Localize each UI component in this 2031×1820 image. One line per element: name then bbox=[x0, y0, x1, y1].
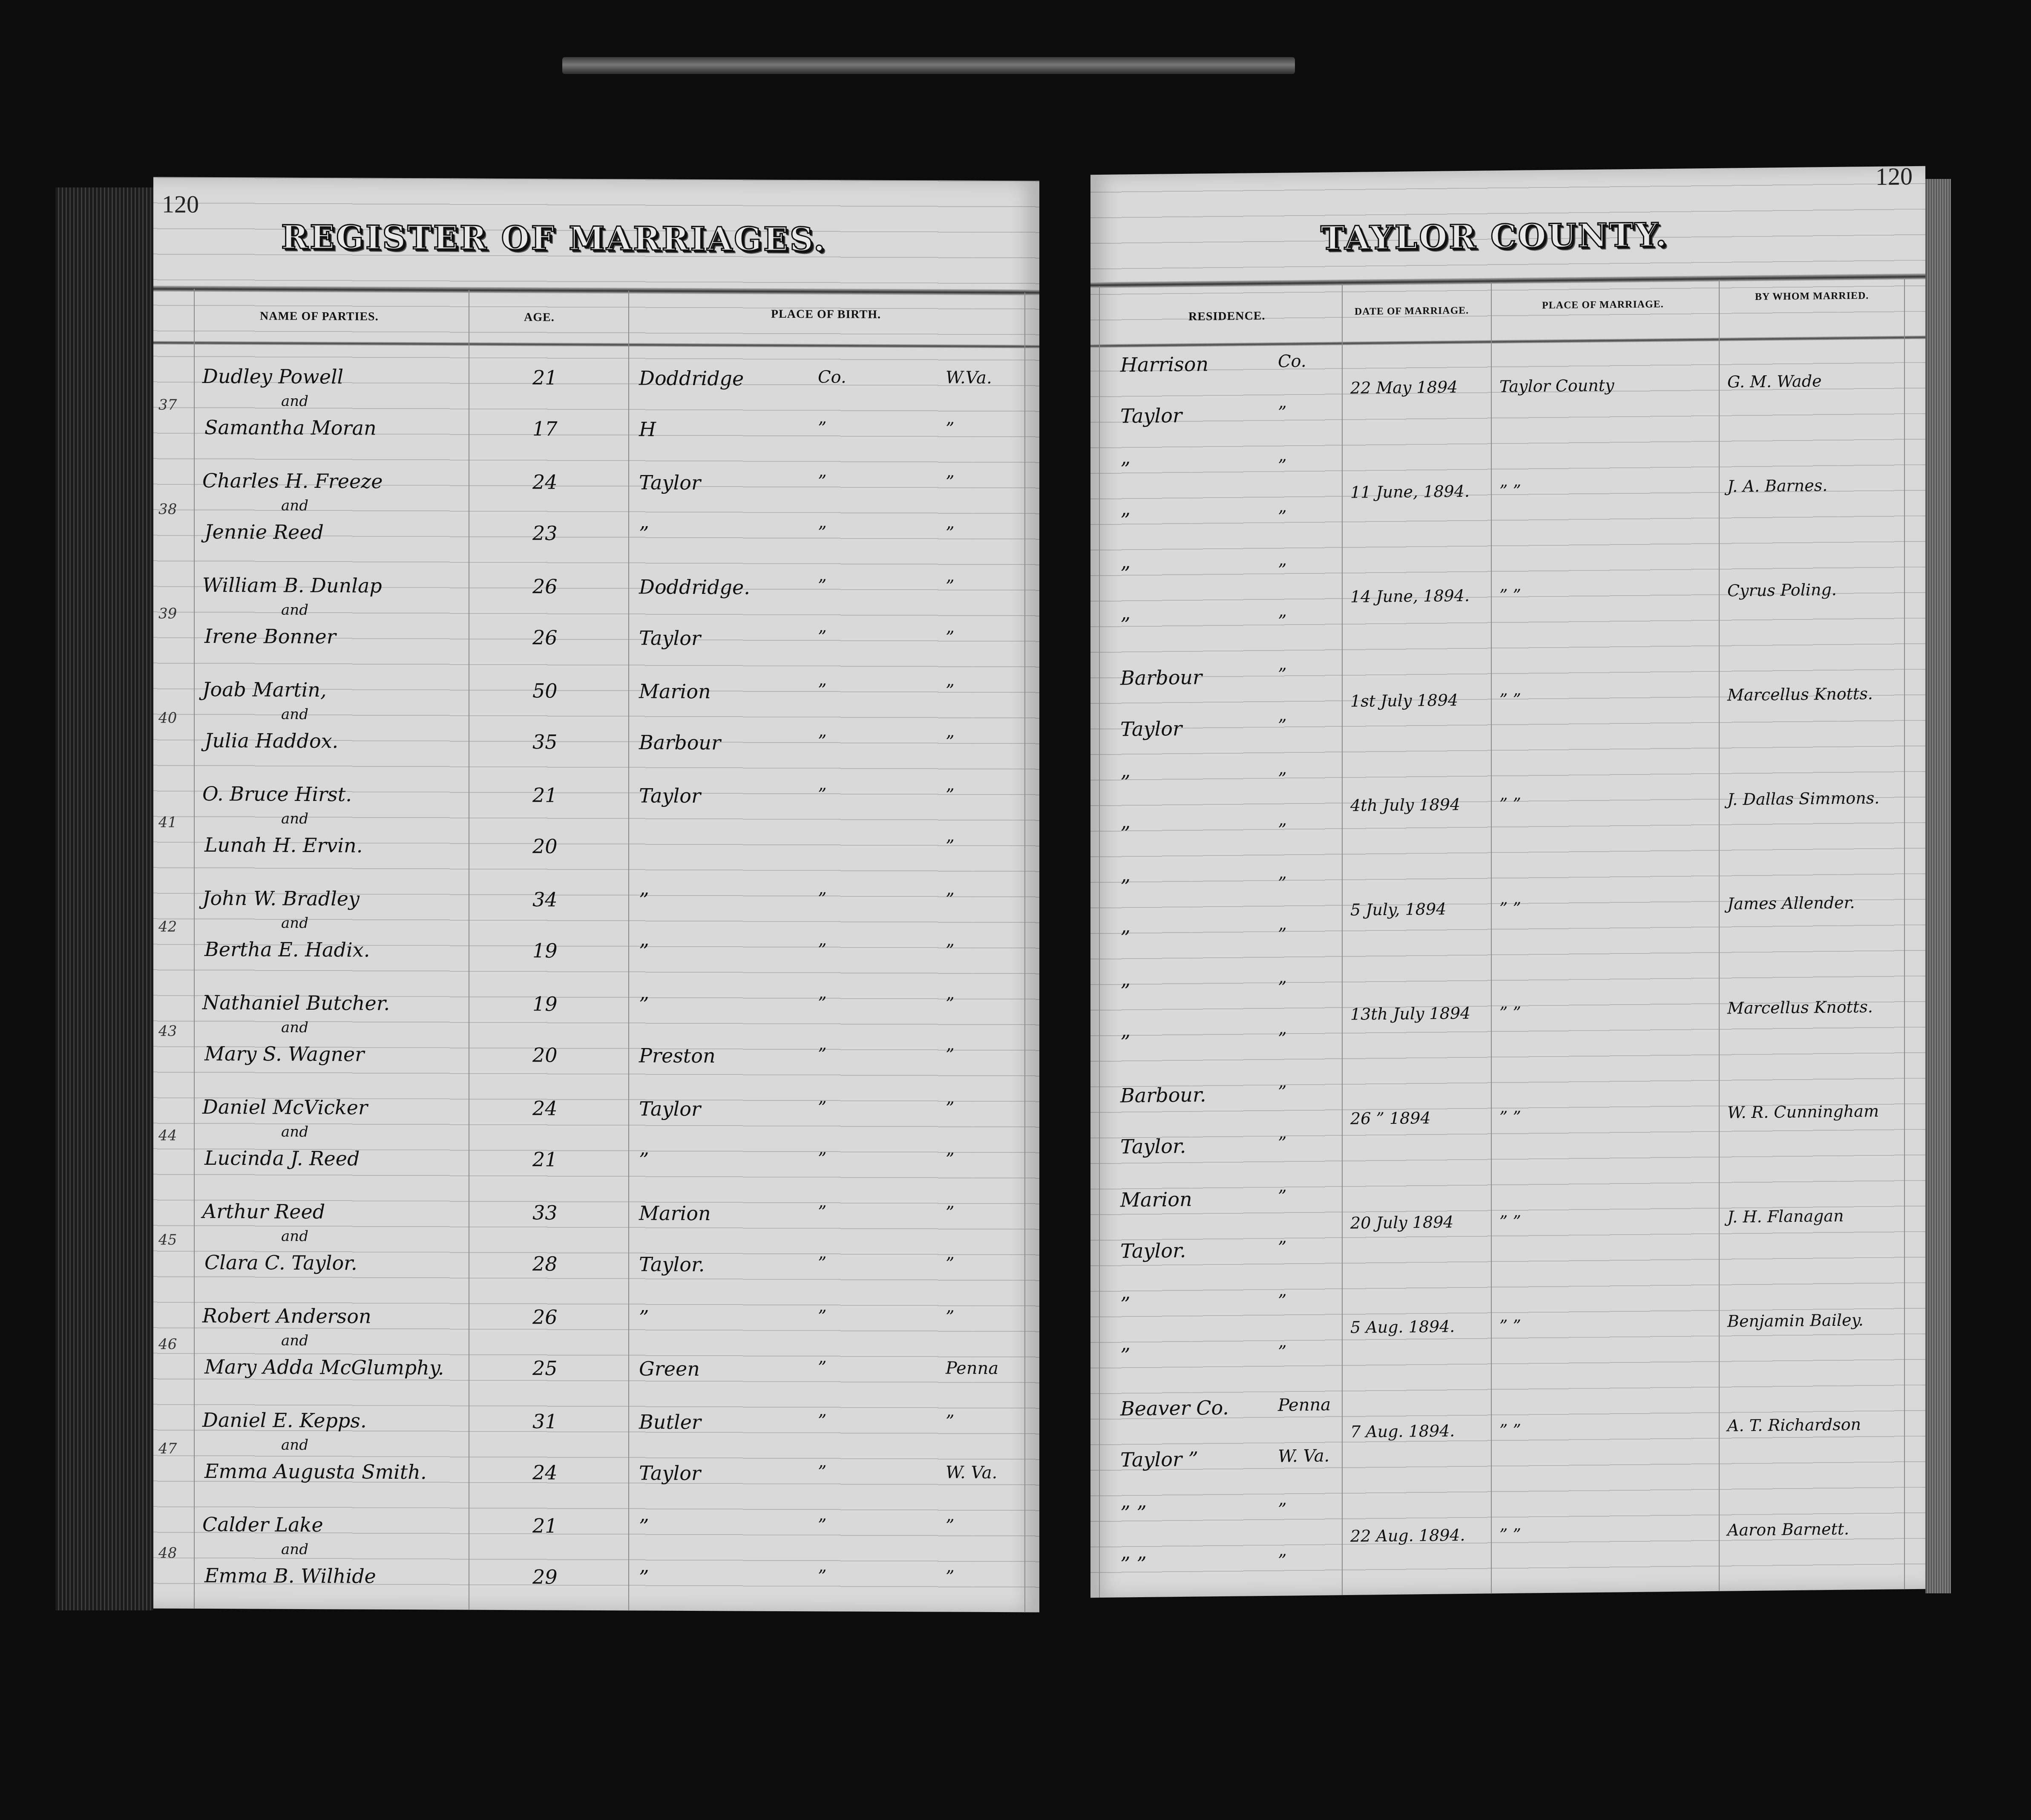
bride-residence-state: ” bbox=[1278, 1133, 1286, 1153]
marriage-place: ” ” bbox=[1499, 899, 1521, 918]
entry-number: 40 bbox=[158, 710, 177, 727]
entry-number: 45 bbox=[158, 1232, 177, 1249]
bride-birth-state: ” bbox=[946, 732, 954, 752]
bride-birth-county: ” bbox=[639, 1566, 649, 1589]
bride-birth-county: Preston bbox=[639, 1044, 716, 1067]
bride-residence-state: ” bbox=[1278, 403, 1286, 422]
groom-birth-state: ” bbox=[946, 472, 954, 492]
bride-birth-mid: ” bbox=[818, 1567, 826, 1586]
bride-age: 35 bbox=[532, 730, 558, 753]
groom-residence-state: ” bbox=[1278, 456, 1286, 475]
marriage-date: 20 July 1894 bbox=[1350, 1212, 1454, 1233]
groom-birth-county: ” bbox=[639, 1306, 649, 1329]
bride-birth-state: ” bbox=[946, 628, 954, 648]
groom-age: 26 bbox=[532, 1305, 558, 1328]
groom-residence: Marion bbox=[1120, 1188, 1192, 1212]
groom-age: 50 bbox=[532, 679, 558, 702]
col-header-birthplace: PLACE OF BIRTH. bbox=[771, 308, 881, 322]
groom-birth-county: Marion bbox=[639, 1201, 711, 1225]
marriage-place: ” ” bbox=[1499, 1421, 1521, 1440]
bride-birth-county: ” bbox=[639, 939, 649, 962]
groom-residence: ” bbox=[1120, 979, 1131, 1002]
marriage-entry-left: 46Robert AndersonandMary Adda McGlumphy.… bbox=[153, 1295, 1039, 1403]
bride-birth-county: Barbour bbox=[639, 731, 721, 754]
marriage-entry-left: 45Arthur ReedandClara C. Taylor.3328Mari… bbox=[153, 1191, 1039, 1299]
bride-birth-state: ” bbox=[946, 524, 954, 543]
marriage-entry-right: ””””14 June, 1894.” ”Cyrus Poling. bbox=[1090, 550, 1925, 663]
groom-birth-mid: ” bbox=[818, 472, 826, 491]
entry-number: 41 bbox=[158, 814, 177, 831]
marriage-date: 26 ” 1894 bbox=[1350, 1109, 1431, 1128]
bride-birth-county: ” bbox=[639, 522, 649, 545]
groom-residence: ” bbox=[1120, 1293, 1131, 1316]
left-page: 120 REGISTER OF MARRIAGES. NAME OF PARTI… bbox=[153, 177, 1039, 1612]
bride-age: 29 bbox=[532, 1565, 558, 1588]
and-connector: and bbox=[281, 1019, 308, 1036]
groom-residence-state: ” bbox=[1278, 873, 1286, 893]
groom-birth-mid: ” bbox=[818, 1515, 826, 1535]
header-rule-top bbox=[153, 285, 1039, 295]
marriage-date: 1st July 1894 bbox=[1350, 691, 1458, 711]
and-connector: and bbox=[281, 602, 308, 619]
marriage-entry-left: 43Nathaniel Butcher.andMary S. Wagner192… bbox=[153, 982, 1039, 1090]
bride-birth-county: ” bbox=[639, 1148, 649, 1171]
entry-number: 43 bbox=[158, 1023, 177, 1040]
groom-name: Daniel E. Kepps. bbox=[202, 1408, 367, 1432]
bride-birth-state: ” bbox=[946, 837, 954, 856]
bride-name: Lunah H. Ervin. bbox=[204, 833, 362, 857]
bride-residence-state: ” bbox=[1278, 1238, 1286, 1257]
officiant-name: J. Dallas Simmons. bbox=[1727, 789, 1879, 809]
groom-birth-county: ” bbox=[639, 1515, 649, 1538]
bride-birth-mid: ” bbox=[818, 1149, 826, 1169]
entry-number: 46 bbox=[158, 1336, 177, 1353]
and-connector: and bbox=[281, 706, 308, 723]
bride-birth-county: Taylor bbox=[639, 1461, 701, 1485]
groom-birth-state: W.Va. bbox=[946, 368, 992, 388]
marriage-entry-right: ””””4th July 1894” ”J. Dallas Simmons. bbox=[1090, 758, 1925, 872]
bride-name: Lucinda J. Reed bbox=[204, 1146, 360, 1170]
entry-number: 42 bbox=[158, 919, 177, 936]
and-connector: and bbox=[281, 393, 308, 410]
marriage-entry-left: 48Calder LakeandEmma B. Wilhide2129”””””… bbox=[153, 1504, 1039, 1612]
bride-birth-state: ” bbox=[946, 941, 954, 961]
marriage-date: 22 May 1894 bbox=[1350, 377, 1458, 397]
groom-name: Arthur Reed bbox=[202, 1200, 325, 1223]
bride-birth-state: ” bbox=[946, 1567, 954, 1587]
groom-residence-state: ” bbox=[1278, 665, 1286, 684]
bride-residence: Taylor. bbox=[1120, 1239, 1186, 1263]
col-header-residence: RESIDENCE. bbox=[1188, 309, 1265, 324]
groom-residence: Barbour bbox=[1120, 666, 1202, 690]
marriage-entry-left: 40Joab Martin,andJulia Haddox.5035Marion… bbox=[153, 669, 1039, 777]
bride-birth-state: ” bbox=[946, 1150, 954, 1169]
bride-name: Emma B. Wilhide bbox=[204, 1564, 376, 1588]
bride-name: Irene Bonner bbox=[204, 625, 336, 648]
groom-birth-state: ” bbox=[946, 1516, 954, 1536]
left-page-number: 120 bbox=[162, 190, 199, 219]
bride-age: 17 bbox=[532, 417, 558, 440]
county-title: TAYLOR COUNTY. bbox=[1320, 216, 1669, 257]
groom-name: Nathaniel Butcher. bbox=[202, 991, 390, 1015]
bride-age: 24 bbox=[532, 1461, 558, 1484]
bride-name: Jennie Reed bbox=[204, 520, 324, 544]
groom-birth-county: Taylor bbox=[639, 1097, 701, 1120]
marriage-place: ” ” bbox=[1499, 1108, 1521, 1127]
bride-residence: ” bbox=[1120, 613, 1131, 636]
bride-birth-mid: ” bbox=[818, 523, 826, 542]
right-page-number: 120 bbox=[1876, 162, 1913, 191]
marriage-entry-left: 42John W. BradleyandBertha E. Hadix.3419… bbox=[153, 878, 1039, 986]
right-page: 120 TAYLOR COUNTY. RESIDENCE. DATE OF MA… bbox=[1090, 166, 1925, 1598]
groom-residence-state: ” bbox=[1278, 560, 1286, 580]
bride-residence: ” bbox=[1120, 822, 1131, 845]
groom-age: 21 bbox=[532, 366, 558, 389]
groom-birth-mid: ” bbox=[818, 1411, 826, 1431]
bride-name: Julia Haddox. bbox=[204, 729, 338, 752]
marriage-date: 14 June, 1894. bbox=[1350, 586, 1470, 606]
bride-birth-county: Green bbox=[639, 1357, 700, 1380]
groom-birth-state: ” bbox=[946, 1307, 954, 1327]
col-header-place: PLACE OF MARRIAGE. bbox=[1542, 299, 1664, 311]
marriage-place: ” ” bbox=[1499, 1212, 1521, 1231]
groom-birth-state: ” bbox=[946, 1412, 954, 1431]
marriage-entry-left: 39William B. DunlapandIrene Bonner2626Do… bbox=[153, 564, 1039, 673]
groom-age: 21 bbox=[532, 783, 558, 806]
bride-residence-state: ” bbox=[1278, 924, 1286, 944]
groom-birth-mid: ” bbox=[818, 785, 826, 804]
marriage-entry-right: Barbour.”Taylor.”26 ” 1894” ”W. R. Cunni… bbox=[1090, 1071, 1925, 1185]
marriage-date: 5 Aug. 1894. bbox=[1350, 1317, 1455, 1337]
bride-name: Bertha E. Hadix. bbox=[204, 938, 370, 962]
left-entries: 37Dudley PowellandSamantha Moran2117Dodd… bbox=[153, 347, 1039, 351]
bride-residence: Taylor bbox=[1120, 404, 1182, 428]
bride-residence: Taylor. bbox=[1120, 1135, 1186, 1158]
groom-age: 33 bbox=[532, 1201, 558, 1224]
groom-name: O. Bruce Hirst. bbox=[202, 782, 352, 806]
groom-birth-state: ” bbox=[946, 577, 954, 596]
bride-birth-mid: ” bbox=[818, 627, 826, 647]
right-page-edges bbox=[1925, 179, 1951, 1593]
bride-residence-state: W. Va. bbox=[1278, 1446, 1329, 1466]
groom-age: 24 bbox=[532, 470, 558, 493]
entry-number: 38 bbox=[158, 501, 177, 518]
groom-birth-mid: ” bbox=[818, 576, 826, 596]
bride-birth-mid: ” bbox=[818, 418, 826, 438]
marriage-entry-left: 44Daniel McVickerandLucinda J. Reed2421T… bbox=[153, 1086, 1039, 1195]
groom-birth-county: Taylor bbox=[639, 784, 701, 807]
header-rule-top bbox=[1090, 274, 1925, 288]
bride-birth-mid: ” bbox=[818, 1253, 826, 1273]
bride-age: 25 bbox=[532, 1356, 558, 1379]
bride-name: Mary S. Wagner bbox=[204, 1042, 364, 1066]
marriage-entry-right: ””””5 July, 1894” ”James Allender. bbox=[1090, 863, 1925, 976]
bride-residence-state: ” bbox=[1278, 716, 1286, 735]
entry-number: 37 bbox=[158, 397, 177, 414]
groom-residence: ” bbox=[1120, 562, 1131, 585]
groom-birth-mid: ” bbox=[818, 1202, 826, 1222]
col-header-age: AGE. bbox=[524, 311, 555, 324]
groom-residence: ” bbox=[1120, 875, 1131, 898]
bride-birth-county: H bbox=[639, 418, 656, 441]
marriage-place: ” ” bbox=[1499, 690, 1521, 709]
marriage-date: 13th July 1894 bbox=[1350, 1004, 1470, 1024]
bride-birth-state: W. Va. bbox=[946, 1463, 997, 1483]
and-connector: and bbox=[281, 1332, 308, 1349]
book-spine-bar bbox=[562, 57, 1295, 74]
and-connector: and bbox=[281, 1541, 308, 1558]
bride-birth-state: ” bbox=[946, 419, 954, 439]
bride-residence: ” bbox=[1120, 1031, 1131, 1054]
bride-name: Mary Adda McGlumphy. bbox=[204, 1355, 444, 1379]
groom-residence: ” ” bbox=[1120, 1501, 1147, 1525]
officiant-name: J. H. Flanagan bbox=[1727, 1207, 1844, 1227]
bride-birth-mid: ” bbox=[818, 1045, 826, 1064]
marriage-entry-left: 37Dudley PowellandSamantha Moran2117Dodd… bbox=[153, 356, 1039, 464]
and-connector: and bbox=[281, 497, 308, 514]
groom-residence-state: ” bbox=[1278, 1500, 1286, 1519]
groom-name: John W. Bradley bbox=[202, 887, 360, 910]
groom-name: Robert Anderson bbox=[202, 1304, 371, 1328]
left-page-edges bbox=[55, 187, 153, 1610]
groom-name: Charles H. Freeze bbox=[202, 469, 383, 493]
marriage-date: 5 July, 1894 bbox=[1350, 900, 1446, 919]
marriage-entry-right: ””””11 June, 1894.” ”J. A. Barnes. bbox=[1090, 445, 1925, 559]
bride-age: 19 bbox=[532, 939, 558, 962]
marriage-place: ” ” bbox=[1499, 481, 1521, 501]
marriage-date: 7 Aug. 1894. bbox=[1350, 1421, 1455, 1441]
marriage-entry-right: ” ””” ””22 Aug. 1894.” ”Aaron Barnett. bbox=[1090, 1489, 1925, 1602]
bride-age: 23 bbox=[532, 521, 558, 544]
col-header-date: DATE OF MARRIAGE. bbox=[1355, 305, 1469, 318]
marriage-date: 11 June, 1894. bbox=[1350, 482, 1470, 502]
register-title: REGISTER OF MARRIAGES. bbox=[281, 218, 827, 259]
bride-age: 20 bbox=[532, 1043, 558, 1066]
bride-residence: ” ” bbox=[1120, 1552, 1147, 1576]
groom-birth-state: ” bbox=[946, 681, 954, 701]
bride-residence: ” bbox=[1120, 1344, 1131, 1367]
bride-name: Clara C. Taylor. bbox=[204, 1251, 357, 1275]
groom-birth-county: Marion bbox=[639, 680, 711, 703]
marriage-place: ” ” bbox=[1499, 795, 1521, 814]
groom-birth-state: ” bbox=[946, 1203, 954, 1223]
marriage-entry-right: ””””5 Aug. 1894.” ”Benjamin Bailey. bbox=[1090, 1280, 1925, 1394]
and-connector: and bbox=[281, 810, 308, 827]
groom-age: 24 bbox=[532, 1097, 558, 1120]
groom-age: 21 bbox=[532, 1514, 558, 1537]
and-connector: and bbox=[281, 1437, 308, 1454]
marriage-entry-right: Barbour”Taylor”1st July 1894” ”Marcellus… bbox=[1090, 654, 1925, 767]
groom-birth-state: ” bbox=[946, 994, 954, 1014]
groom-residence-state: ” bbox=[1278, 978, 1286, 997]
groom-birth-county: ” bbox=[639, 888, 649, 911]
bride-birth-county: Taylor bbox=[639, 626, 701, 650]
bride-age: 20 bbox=[532, 835, 558, 858]
entry-number: 47 bbox=[158, 1440, 177, 1457]
col-header-name: NAME OF PARTIES. bbox=[260, 310, 379, 324]
officiant-name: James Allender. bbox=[1727, 893, 1855, 913]
bride-residence-state: ” bbox=[1278, 820, 1286, 840]
officiant-name: J. A. Barnes. bbox=[1727, 476, 1827, 495]
groom-birth-mid: ” bbox=[818, 1307, 826, 1326]
bride-residence-state: ” bbox=[1278, 1029, 1286, 1048]
groom-birth-state: ” bbox=[946, 1099, 954, 1118]
bride-birth-state: ” bbox=[946, 1045, 954, 1065]
bride-residence-state: ” bbox=[1278, 1551, 1286, 1570]
groom-birth-county: Doddridge. bbox=[639, 575, 750, 599]
groom-birth-county: ” bbox=[639, 993, 649, 1016]
groom-name: Daniel McVicker bbox=[202, 1095, 368, 1119]
bride-birth-mid: ” bbox=[818, 1358, 826, 1377]
groom-residence: ” bbox=[1120, 458, 1131, 481]
and-connector: and bbox=[281, 1123, 308, 1140]
groom-age: 34 bbox=[532, 888, 558, 911]
bride-birth-mid: ” bbox=[818, 1462, 826, 1482]
groom-residence-state: ” bbox=[1278, 769, 1286, 789]
bride-age: 21 bbox=[532, 1148, 558, 1171]
groom-residence-state: ” bbox=[1278, 1082, 1286, 1102]
header-rule-bottom bbox=[153, 341, 1039, 348]
entry-number: 39 bbox=[158, 605, 177, 622]
groom-birth-mid: ” bbox=[818, 680, 826, 700]
groom-birth-county: Taylor bbox=[639, 471, 701, 494]
bride-residence-state: ” bbox=[1278, 611, 1286, 631]
bride-age: 28 bbox=[532, 1252, 558, 1275]
groom-age: 26 bbox=[532, 575, 558, 598]
groom-birth-mid: ” bbox=[818, 1098, 826, 1117]
groom-birth-mid: Co. bbox=[818, 367, 846, 387]
officiant-name: Marcellus Knotts. bbox=[1727, 684, 1873, 705]
groom-residence-state: ” bbox=[1278, 1291, 1286, 1310]
bride-residence: Taylor bbox=[1120, 717, 1182, 741]
bride-birth-mid: ” bbox=[818, 731, 826, 751]
groom-name: Calder Lake bbox=[202, 1513, 323, 1536]
bride-residence-state: ” bbox=[1278, 507, 1286, 527]
marriage-entry-left: 38Charles H. FreezeandJennie Reed2423Tay… bbox=[153, 460, 1039, 568]
bride-age: 26 bbox=[532, 626, 558, 649]
officiant-name: Cyrus Poling. bbox=[1727, 580, 1837, 600]
and-connector: and bbox=[281, 915, 308, 932]
officiant-name: Marcellus Knotts. bbox=[1727, 997, 1873, 1018]
officiant-name: G. M. Wade bbox=[1727, 371, 1821, 391]
bride-birth-mid: ” bbox=[818, 940, 826, 960]
groom-residence: Beaver Co. bbox=[1120, 1396, 1229, 1420]
groom-birth-mid: ” bbox=[818, 994, 826, 1013]
officiant-name: W. R. Cunningham bbox=[1727, 1102, 1879, 1122]
marriage-entry-right: Marion”Taylor.”20 July 1894” ”J. H. Flan… bbox=[1090, 1176, 1925, 1289]
marriage-entry-left: 41O. Bruce Hirst.andLunah H. Ervin.2120T… bbox=[153, 773, 1039, 881]
marriage-place: ” ” bbox=[1499, 1003, 1521, 1022]
groom-birth-county: Doddridge bbox=[639, 366, 744, 390]
marriage-date: 4th July 1894 bbox=[1350, 795, 1460, 815]
marriage-place: ” ” bbox=[1499, 586, 1521, 605]
groom-name: Joab Martin, bbox=[202, 678, 327, 701]
groom-age: 19 bbox=[532, 992, 558, 1015]
marriage-entry-right: ””””13th July 1894” ”Marcellus Knotts. bbox=[1090, 967, 1925, 1080]
bride-name: Samantha Moran bbox=[204, 416, 377, 440]
groom-residence-state: ” bbox=[1278, 1186, 1286, 1206]
marriage-entry-right: Beaver Co.PennaTaylor ”W. Va.7 Aug. 1894… bbox=[1090, 1385, 1925, 1498]
marriage-date: 22 Aug. 1894. bbox=[1350, 1526, 1465, 1546]
groom-residence-state: Penna bbox=[1278, 1395, 1331, 1415]
groom-birth-state: ” bbox=[946, 786, 954, 805]
marriage-place: Taylor County bbox=[1499, 376, 1614, 396]
bride-name: Emma Augusta Smith. bbox=[204, 1460, 427, 1483]
groom-birth-state: ” bbox=[946, 890, 954, 910]
groom-birth-mid: ” bbox=[818, 889, 826, 909]
bride-residence: ” bbox=[1120, 926, 1131, 949]
groom-birth-county: Butler bbox=[639, 1410, 701, 1434]
entry-number: 48 bbox=[158, 1545, 177, 1562]
bride-residence: ” bbox=[1120, 509, 1131, 532]
bride-birth-county: Taylor. bbox=[639, 1253, 705, 1276]
officiant-name: Aaron Barnett. bbox=[1727, 1520, 1849, 1540]
groom-residence-state: Co. bbox=[1278, 351, 1306, 371]
bride-residence-state: ” bbox=[1278, 1342, 1286, 1362]
groom-residence: Barbour. bbox=[1120, 1083, 1206, 1107]
bride-birth-state: ” bbox=[946, 1254, 954, 1274]
marriage-entry-right: HarrisonCo.Taylor”22 May 1894Taylor Coun… bbox=[1090, 341, 1925, 454]
bride-residence: Taylor ” bbox=[1120, 1448, 1198, 1472]
groom-name: Dudley Powell bbox=[202, 365, 343, 388]
col-header-officiant: BY WHOM MARRIED. bbox=[1755, 290, 1869, 303]
groom-name: William B. Dunlap bbox=[202, 573, 382, 597]
groom-residence: ” bbox=[1120, 771, 1131, 794]
groom-age: 31 bbox=[532, 1410, 558, 1433]
marriage-entry-left: 47Daniel E. Kepps.andEmma Augusta Smith.… bbox=[153, 1400, 1039, 1508]
and-connector: and bbox=[281, 1228, 308, 1245]
bride-birth-state: Penna bbox=[946, 1359, 998, 1379]
officiant-name: A. T. Richardson bbox=[1727, 1415, 1861, 1435]
entry-number: 44 bbox=[158, 1127, 177, 1144]
marriage-place: ” ” bbox=[1499, 1316, 1521, 1336]
marriage-place: ” ” bbox=[1499, 1525, 1521, 1544]
officiant-name: Benjamin Bailey. bbox=[1727, 1310, 1864, 1330]
groom-residence: Harrison bbox=[1120, 352, 1208, 376]
